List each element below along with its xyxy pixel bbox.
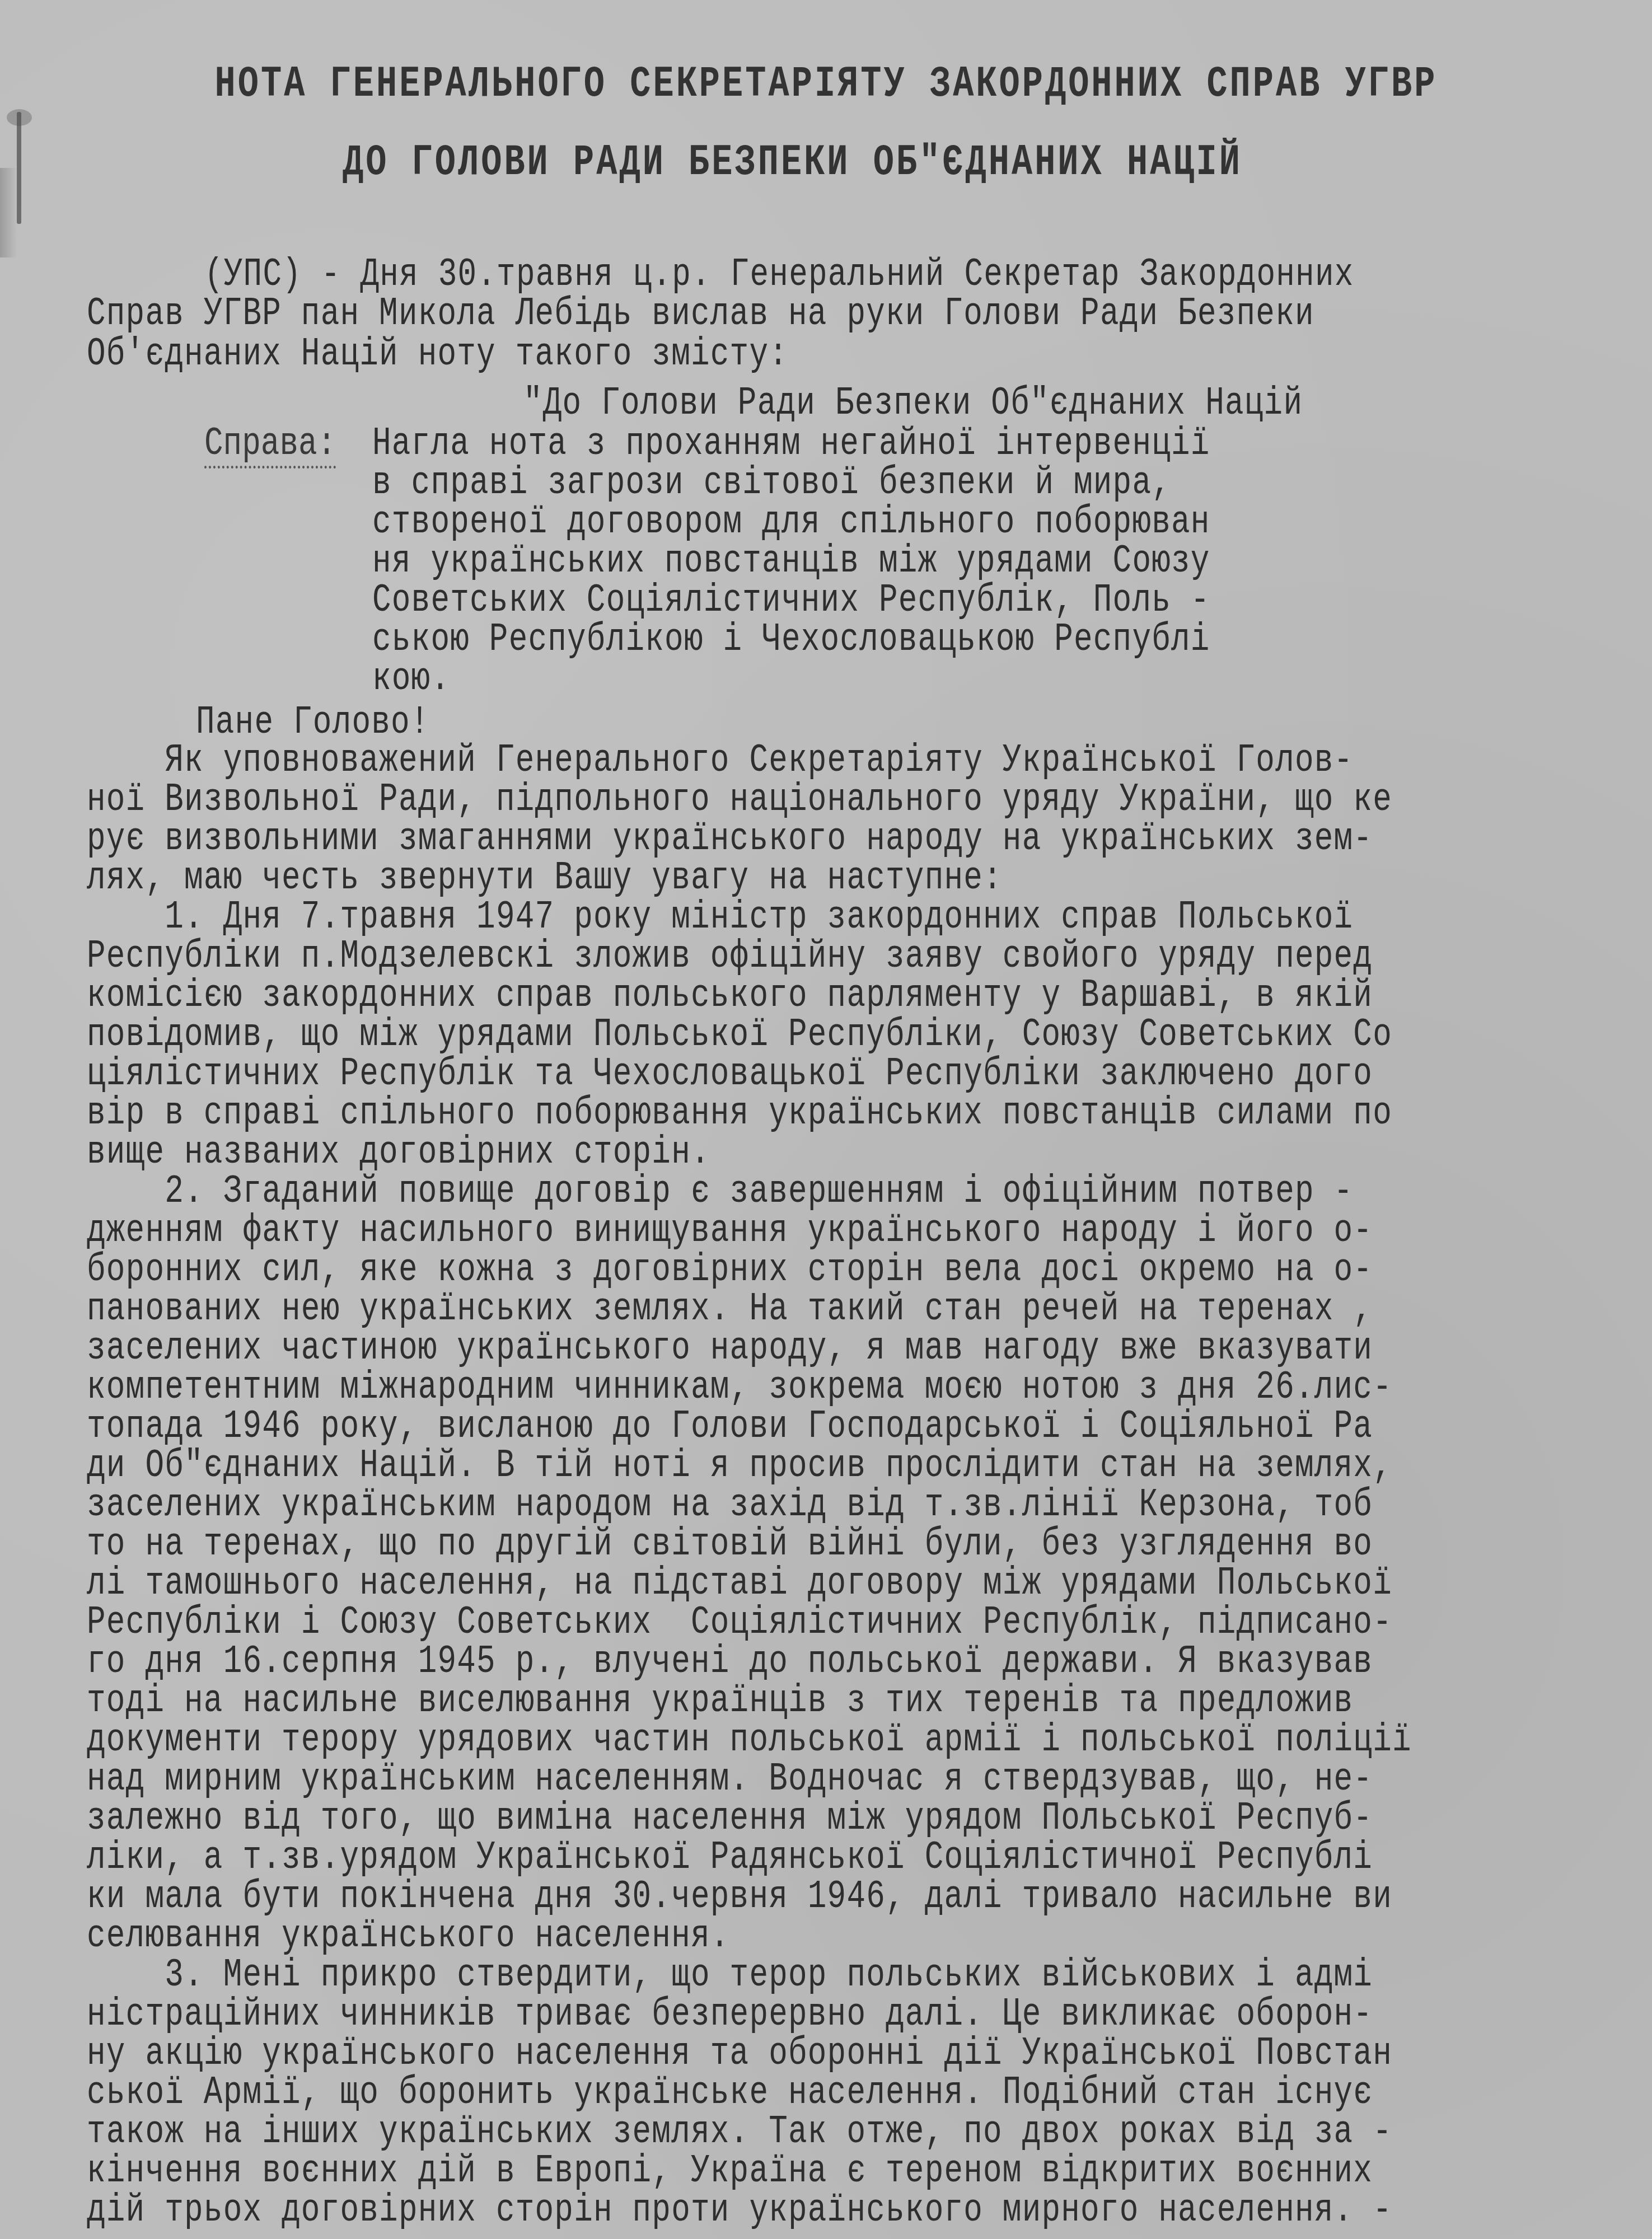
subject-line: кою. (372, 656, 450, 701)
addressee-line: "До Голови Ради Безпеки Об"єднаних Націй (523, 381, 1303, 425)
body-line: лі тамошнього населення, на підставі дог… (87, 1561, 1392, 1605)
body-line: документи терору урядових частин польськ… (87, 1717, 1412, 1762)
body-line: ліки, а т.зв.урядом Української Радянськ… (87, 1835, 1373, 1880)
body-line: селювання українського населення. (87, 1913, 730, 1958)
body-line: заселених частиною українського народу, … (87, 1325, 1373, 1370)
body-line: ди Об"єднаних Націй. В тій ноті я просив… (87, 1443, 1392, 1488)
body-line: вір в справі спільного поборювання украї… (87, 1090, 1392, 1135)
intro-line: Справ УГВР пан Микола Лебідь вислав на р… (87, 291, 1314, 336)
body-line: Республіки п.Модзелевскі зложив офіційну… (87, 934, 1373, 978)
subject-line: створеної договором для спільного поборю… (372, 499, 1210, 544)
body-line: ціялістичних Республік та Чехословацької… (87, 1051, 1373, 1096)
body-line: го дня 16.серпня 1945 р., влучені до пол… (87, 1639, 1373, 1684)
body-line: 2. Згаданий повище договір є завершенням… (87, 1169, 1353, 1214)
body-line: повідомив, що між урядами Польської Респ… (87, 1012, 1392, 1057)
body-line: дженням факту насильного винищування укр… (87, 1208, 1373, 1253)
body-line: топада 1946 року, висланою до Голови Гос… (87, 1404, 1373, 1449)
body-line: Республіки і Союзу Советських Соціялісти… (87, 1600, 1392, 1645)
body-line: дій трьох договірних сторін проти україн… (87, 2188, 1392, 2232)
body-line: над мирним українським населенням. Водно… (87, 1756, 1373, 1801)
body-line: заселених українським народом на захід в… (87, 1482, 1373, 1527)
body-line: комісією закордонних справ польського па… (87, 973, 1373, 1018)
body-line: ної Визвольної Ради, підпольного націона… (87, 777, 1392, 822)
subject-line: ня українських повстанців між урядами Со… (372, 538, 1210, 583)
body-line: то на теренах, що по другій світовій вій… (87, 1521, 1373, 1566)
document-title-line-1: НОТА ГЕНЕРАЛЬНОГО СЕКРЕТАРІЯТУ ЗАКОРДОНН… (0, 59, 1652, 109)
subject-line: ською Республікою і Чехословацькою Респу… (372, 617, 1210, 662)
body-line: рує визвольними змаганнями українського … (87, 816, 1373, 861)
subject-line: Нагла нота з проханням негайної інтервен… (372, 421, 1210, 466)
body-line: 3. Мені прикро ствердити, що терор польс… (87, 1952, 1373, 1997)
body-line: кінчення воєнних дій в Европі, Україна є… (87, 2148, 1373, 2193)
body-line: ну акцію українського населення та оборо… (87, 2031, 1392, 2076)
subject-line: Советських Соціялістичних Республік, Пол… (372, 578, 1210, 622)
body-line: компетентним міжнародним чинникам, зокре… (87, 1365, 1392, 1409)
body-line: лях, маю честь звернути Вашу увагу на на… (87, 855, 1003, 900)
intro-line: Об'єднаних Націй ноту такого змісту: (87, 331, 788, 376)
body-line: панованих нею українських землях. На так… (87, 1286, 1373, 1331)
document-title-line-2: ДО ГОЛОВИ РАДИ БЕЗПЕКИ ОБ"ЄДНАНИХ НАЦІЙ (0, 138, 1618, 188)
body-line: вище названих договірних сторін. (87, 1130, 710, 1174)
typewritten-page: НОТА ГЕНЕРАЛЬНОГО СЕКРЕТАРІЯТУ ЗАКОРДОНН… (0, 0, 1652, 2239)
body-line: також на інших українських землях. Так о… (87, 2109, 1392, 2154)
subject-label: Справа: (204, 421, 336, 469)
body-line: тоді на насильне виселювання українців з… (87, 1678, 1353, 1723)
body-line: ки мала бути покінчена дня 30.червня 194… (87, 1874, 1392, 1919)
body-line: залежно від того, що виміна населення мі… (87, 1796, 1373, 1840)
body-line: ської Армії, що боронить українське насе… (87, 2070, 1373, 2115)
body-line: ністраційних чинників триває безперервно… (87, 1992, 1373, 2036)
body-line: Як уповноважений Генерального Секретарія… (87, 738, 1353, 783)
body-line: 1. Дня 7.травня 1947 року міністр закорд… (87, 894, 1353, 939)
intro-line: (УПС) - Дня 30.травня ц.р. Генеральний С… (204, 252, 1354, 297)
subject-line: в справі загрози світової безпеки й мира… (372, 460, 1171, 505)
body-line: боронних сил, яке кожна з договірних сто… (87, 1247, 1373, 1292)
